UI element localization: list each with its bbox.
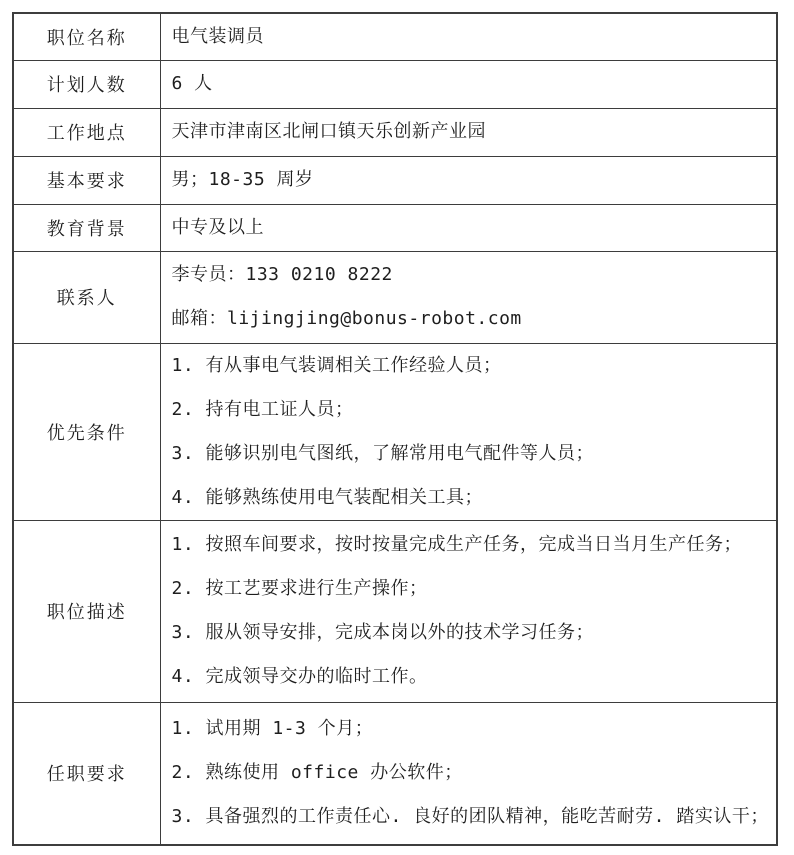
value-line: 4. 完成领导交办的临时工作。 xyxy=(172,655,769,699)
value-line: 2. 按工艺要求进行生产操作； xyxy=(172,567,769,611)
row-value: 1. 按照车间要求，按时按量完成生产任务，完成当日当月生产任务；2. 按工艺要求… xyxy=(160,520,777,702)
row-value: 中专及以上 xyxy=(160,204,777,251)
row-value: 天津市津南区北闸口镇天乐创新产业园 xyxy=(160,108,777,156)
row-value: 6 人 xyxy=(160,60,777,108)
value-line: 1. 有从事电气装调相关工作经验人员； xyxy=(172,344,769,388)
row-label: 计划人数 xyxy=(13,60,160,108)
table-row: 工作地点天津市津南区北闸口镇天乐创新产业园 xyxy=(13,108,777,156)
table-row: 基本要求男；18-35 周岁 xyxy=(13,156,777,204)
row-value: 男；18-35 周岁 xyxy=(160,156,777,204)
value-line: 邮箱：lijingjing@bonus-robot.com xyxy=(172,297,769,341)
value-line: 男；18-35 周岁 xyxy=(172,158,769,202)
value-line: 1. 按照车间要求，按时按量完成生产任务，完成当日当月生产任务； xyxy=(172,523,769,567)
row-label: 任职要求 xyxy=(13,702,160,845)
row-label: 优先条件 xyxy=(13,343,160,520)
job-posting-table: 职位名称电气装调员计划人数6 人工作地点天津市津南区北闸口镇天乐创新产业园基本要… xyxy=(12,12,778,846)
row-label: 联系人 xyxy=(13,251,160,343)
row-label: 职位名称 xyxy=(13,13,160,60)
row-value: 1. 试用期 1-3 个月；2. 熟练使用 office 办公软件；3. 具备强… xyxy=(160,702,777,845)
value-line: 1. 试用期 1-3 个月； xyxy=(172,707,769,751)
table-row: 优先条件1. 有从事电气装调相关工作经验人员；2. 持有电工证人员；3. 能够识… xyxy=(13,343,777,520)
value-line: 3. 能够识别电气图纸，了解常用电气配件等人员； xyxy=(172,432,769,476)
value-line: 6 人 xyxy=(172,62,769,106)
row-label: 基本要求 xyxy=(13,156,160,204)
value-line: 2. 熟练使用 office 办公软件； xyxy=(172,751,769,795)
row-label: 教育背景 xyxy=(13,204,160,251)
value-line: 中专及以上 xyxy=(172,206,769,250)
table-row: 职位名称电气装调员 xyxy=(13,13,777,60)
value-line: 3. 服从领导安排，完成本岗以外的技术学习任务； xyxy=(172,611,769,655)
table-row: 计划人数6 人 xyxy=(13,60,777,108)
value-line: 李专员：133 0210 8222 xyxy=(172,253,769,297)
value-line: 2. 持有电工证人员； xyxy=(172,388,769,432)
value-line: 4. 能够熟练使用电气装配相关工具； xyxy=(172,476,769,520)
value-line: 3. 具备强烈的工作责任心. 良好的团队精神，能吃苦耐劳. 踏实认干； xyxy=(172,795,769,839)
row-value: 电气装调员 xyxy=(160,13,777,60)
value-line: 天津市津南区北闸口镇天乐创新产业园 xyxy=(172,110,769,154)
row-value: 李专员：133 0210 8222邮箱：lijingjing@bonus-rob… xyxy=(160,251,777,343)
row-label: 工作地点 xyxy=(13,108,160,156)
table-row: 教育背景中专及以上 xyxy=(13,204,777,251)
table-row: 联系人李专员：133 0210 8222邮箱：lijingjing@bonus-… xyxy=(13,251,777,343)
row-label: 职位描述 xyxy=(13,520,160,702)
document-page: 职位名称电气装调员计划人数6 人工作地点天津市津南区北闸口镇天乐创新产业园基本要… xyxy=(0,0,794,855)
value-line: 电气装调员 xyxy=(172,15,769,59)
table-row: 职位描述1. 按照车间要求，按时按量完成生产任务，完成当日当月生产任务；2. 按… xyxy=(13,520,777,702)
table-row: 任职要求1. 试用期 1-3 个月；2. 熟练使用 office 办公软件；3.… xyxy=(13,702,777,845)
row-value: 1. 有从事电气装调相关工作经验人员；2. 持有电工证人员；3. 能够识别电气图… xyxy=(160,343,777,520)
